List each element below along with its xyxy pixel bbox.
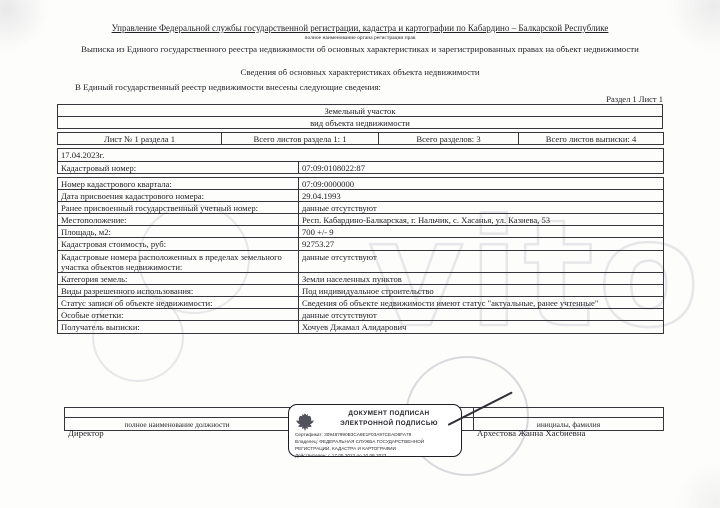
date-and-number-table: 17.04.2023г. Кадастровый номер: 07:09:01… bbox=[57, 148, 664, 173]
attribute-label: Ранее присвоенный государственный учетны… bbox=[58, 201, 299, 213]
attribute-label: Кадастровая стоимость, руб: bbox=[58, 238, 299, 250]
attribute-label: Номер кадастрового квартала: bbox=[58, 177, 299, 189]
authority-caption: полное наименование органа регистрации п… bbox=[0, 35, 720, 41]
row-quarter-number: Номер кадастрового квартала: 07:09:00000… bbox=[58, 177, 664, 189]
stamp-owner-line2: РЕГИСТРАЦИИ, КАДАСТРА И КАРТОГРАФИИ bbox=[295, 445, 461, 452]
e-signature-stamp: ДОКУМЕНТ ПОДПИСАН ЭЛЕКТРОННОЙ ПОДПИСЬЮ С… bbox=[288, 404, 462, 457]
row-recipient: Получатель выписки: Хочуев Джамал Алидар… bbox=[58, 321, 664, 333]
sheet-number: Лист № 1 раздела 1 bbox=[58, 133, 222, 145]
row-special-notes: Особые отметки: данные отсутствуют bbox=[58, 309, 664, 321]
attribute-label: Получатель выписки: bbox=[58, 321, 299, 333]
stamp-certificate: Сертификат: 309487990B3CA8E1F03A97CEAD8F… bbox=[295, 431, 461, 438]
attribute-value: данные отсутствуют bbox=[299, 309, 664, 321]
attribute-label: Дата присвоения кадастрового номера: bbox=[58, 189, 299, 201]
attribute-value: данные отсутствуют bbox=[299, 201, 664, 213]
attributes-table: Номер кадастрового квартала: 07:09:00000… bbox=[57, 177, 664, 334]
row-previous-number: Ранее присвоенный государственный учетны… bbox=[58, 201, 664, 213]
attribute-value: данные отсутствуют bbox=[299, 250, 664, 272]
attribute-value: Сведения об объекте недвижимости имеют с… bbox=[299, 297, 664, 309]
stamp-validity: Действителен: с 17.05.2022 по 10.08.2023 bbox=[295, 452, 461, 459]
coat-of-arms-eagle-icon bbox=[295, 411, 315, 434]
document-title: Выписка из Единого государственного реес… bbox=[0, 44, 720, 54]
row-cadastral-value: Кадастровая стоимость, руб: 92753.27 bbox=[58, 238, 664, 250]
signature-cell-empty bbox=[65, 408, 290, 418]
row-location: Местоположение: Респ. Кабардино-Балкарск… bbox=[58, 214, 664, 226]
attribute-value: Респ. Кабардино-Балкарская, г. Нальчик, … bbox=[299, 214, 664, 226]
attribute-value: Земли населенных пунктов bbox=[299, 272, 664, 284]
signer-name: Архестова Жанна Хасбиевна bbox=[477, 428, 585, 438]
attribute-value: 07:09:0108022:87 bbox=[299, 161, 664, 173]
attribute-label: Площадь, м2: bbox=[58, 226, 299, 238]
attribute-value: 07:09:0000000 bbox=[299, 177, 664, 189]
section-sheet-ref: Раздел 1 Лист 1 bbox=[606, 94, 663, 104]
egrn-extract-document: vito Управление Федеральной службы госуд… bbox=[0, 0, 720, 508]
main-table-area: Земельный участок вид объекта недвижимос… bbox=[57, 104, 663, 337]
stamp-title-line1: ДОКУМЕНТ ПОДПИСАН bbox=[317, 409, 461, 419]
extract-date: 17.04.2023г. bbox=[58, 149, 664, 161]
attribute-label: Виды разрешенного использования: bbox=[58, 284, 299, 296]
attribute-value: 92753.27 bbox=[299, 238, 664, 250]
stamp-owner-line1: Владелец: ФЕДЕРАЛЬНАЯ СЛУЖБА ГОСУДАРСТВЕ… bbox=[295, 438, 461, 445]
sheets-in-section: Всего листов раздела 1: 1 bbox=[222, 133, 379, 145]
row-inner-objects: Кадастровые номера расположенных в преде… bbox=[58, 250, 664, 272]
attribute-label: Статус записи об объекте недвижимости: bbox=[58, 297, 299, 309]
row-record-status: Статус записи об объекте недвижимости: С… bbox=[58, 297, 664, 309]
attribute-label: Категория земель: bbox=[58, 272, 299, 284]
intro-line: В Единый государственный реестр недвижим… bbox=[75, 82, 381, 92]
row-area: Площадь, м2: 700 +/- 9 bbox=[58, 226, 664, 238]
attribute-label: Местоположение: bbox=[58, 214, 299, 226]
attribute-label: Особые отметки: bbox=[58, 309, 299, 321]
object-type: Земельный участок bbox=[58, 105, 663, 117]
attribute-value: 700 +/- 9 bbox=[299, 226, 664, 238]
registration-authority-name: Управление Федеральной службы государств… bbox=[0, 23, 720, 33]
section-title: Сведения об основных характеристиках объ… bbox=[0, 67, 720, 77]
signature-cell-empty bbox=[474, 408, 664, 418]
stamp-title-line2: ЭЛЕКТРОННОЙ ПОДПИСЬЮ bbox=[317, 419, 461, 429]
attribute-label: Кадастровый номер: bbox=[58, 161, 299, 173]
attribute-value: Под индивидуальное строительство bbox=[299, 284, 664, 296]
total-sections: Всего разделов: 3 bbox=[379, 133, 519, 145]
signer-position: Директор bbox=[68, 428, 104, 438]
attribute-label: Кадастровые номера расположенных в преде… bbox=[58, 250, 299, 272]
row-cadastral-number: Кадастровый номер: 07:09:0108022:87 bbox=[58, 161, 664, 173]
attribute-value: 29.04.1993 bbox=[299, 189, 664, 201]
object-type-table: Земельный участок вид объекта недвижимос… bbox=[57, 104, 663, 129]
total-sheets: Всего листов выписки: 4 bbox=[519, 133, 664, 145]
sheet-info-table: Лист № 1 раздела 1 Всего листов раздела … bbox=[57, 132, 664, 145]
attribute-value: Хочуев Джамал Алидарович bbox=[299, 321, 664, 333]
row-permitted-use: Виды разрешенного использования: Под инд… bbox=[58, 284, 664, 296]
object-type-caption: вид объекта недвижимости bbox=[58, 117, 663, 129]
row-assign-date: Дата присвоения кадастрового номера: 29.… bbox=[58, 189, 664, 201]
row-land-category: Категория земель: Земли населенных пункт… bbox=[58, 272, 664, 284]
